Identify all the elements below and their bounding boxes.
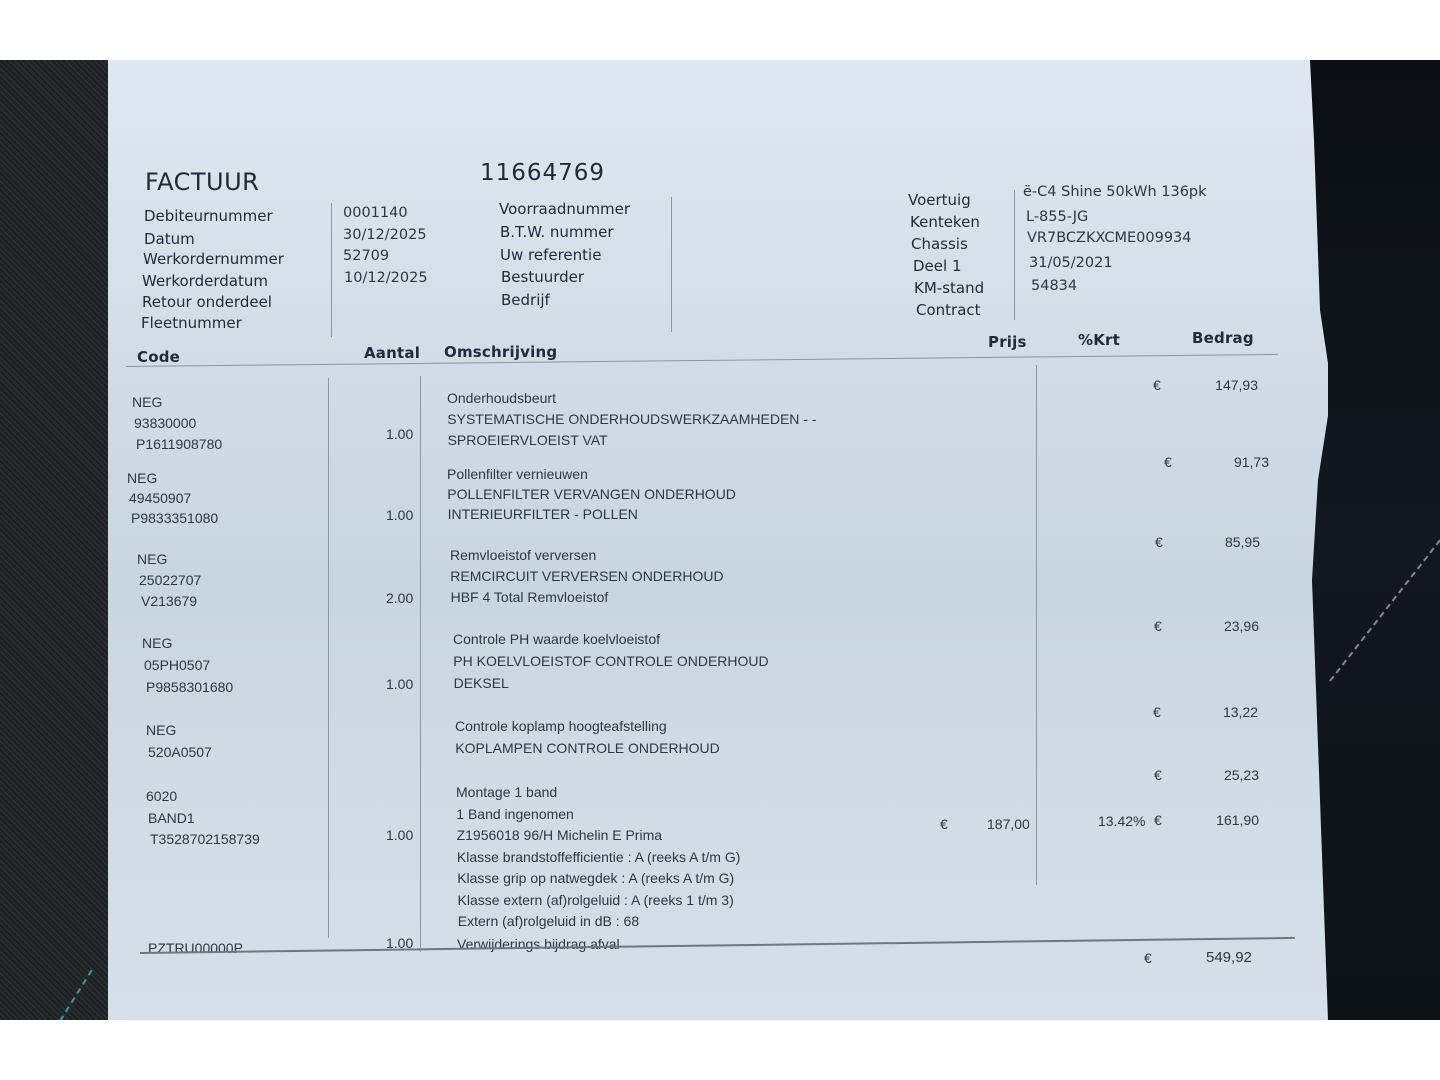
item-price: 187,00 bbox=[987, 816, 1030, 832]
item-code: 520A0507 bbox=[148, 744, 212, 760]
item-title: Onderhoudsbeurt bbox=[447, 390, 556, 406]
item-code: NEG bbox=[132, 394, 162, 410]
item-description-line: Klasse brandstoffefficientie : A (reeks … bbox=[457, 849, 741, 865]
label-retour-onderdeel: Retour onderdeel bbox=[142, 293, 272, 311]
header-omschrijving: Omschrijving bbox=[444, 343, 557, 361]
item-description-line: HBF 4 Total Remvloeistof bbox=[451, 589, 609, 605]
currency-symbol: € bbox=[1154, 767, 1162, 783]
label-fleetnummer: Fleetnummer bbox=[141, 314, 242, 332]
item-code: 49450907 bbox=[129, 490, 191, 506]
item-amount: 91,73 bbox=[1219, 454, 1269, 470]
value-datum: 30/12/2025 bbox=[343, 227, 427, 243]
item-code: 05PH0507 bbox=[144, 657, 210, 673]
total-currency: € bbox=[1144, 950, 1152, 966]
column-divider bbox=[328, 378, 329, 938]
invoice-title: FACTUUR bbox=[145, 168, 259, 196]
item-code: P9833351080 bbox=[131, 510, 218, 526]
header-prijs: Prijs bbox=[988, 333, 1027, 351]
item-amount: 25,23 bbox=[1209, 767, 1259, 783]
value-werkordernummer: 52709 bbox=[343, 248, 389, 264]
item-title: Controle PH waarde koelvloeistof bbox=[453, 631, 660, 647]
item-quantity: 1.00 bbox=[386, 507, 413, 523]
label-voertuig: Voertuig bbox=[908, 191, 971, 209]
item-code: NEG bbox=[137, 551, 167, 567]
item-title: Montage 1 band bbox=[456, 784, 557, 800]
item-amount: 85,95 bbox=[1210, 534, 1260, 550]
value-voertuig: ë-C4 Shine 50kWh 136pk bbox=[1023, 184, 1207, 200]
value-werkorderdatum: 10/12/2025 bbox=[344, 270, 428, 286]
item-description-line: SYSTEMATISCHE ONDERHOUDSWERKZAAMHEDEN - … bbox=[447, 411, 816, 427]
currency-symbol: € bbox=[1155, 534, 1163, 550]
divider bbox=[671, 197, 672, 332]
item-discount: 13.42% bbox=[1098, 813, 1145, 829]
column-divider bbox=[420, 376, 421, 952]
column-divider bbox=[1036, 365, 1037, 885]
item-description-line: 1 Band ingenomen bbox=[456, 806, 574, 822]
total-rule bbox=[140, 937, 1295, 954]
label-bedrijf: Bedrijf bbox=[501, 291, 550, 309]
value-km-stand: 54834 bbox=[1031, 278, 1077, 294]
item-description-line: Extern (af)rolgeluid in dB : 68 bbox=[458, 913, 639, 929]
item-description-line: KOPLAMPEN CONTROLE ONDERHOUD bbox=[455, 740, 719, 756]
value-debiteurnummer: 0001140 bbox=[343, 205, 408, 221]
item-description-line: POLLENFILTER VERVANGEN ONDERHOUD bbox=[447, 486, 736, 502]
item-title: Verwijderings bijdrag afval bbox=[457, 936, 620, 952]
label-uw-referentie: Uw referentie bbox=[500, 246, 601, 264]
item-description-line: SPROEIERVLOEIST VAT bbox=[448, 432, 608, 448]
currency-symbol: € bbox=[1153, 377, 1161, 393]
label-bestuurder: Bestuurder bbox=[501, 268, 584, 286]
currency-symbol: € bbox=[1153, 704, 1161, 720]
item-code: 93830000 bbox=[134, 415, 196, 431]
label-werkordernummer: Werkordernummer bbox=[143, 250, 284, 268]
label-deel-1: Deel 1 bbox=[913, 257, 962, 275]
item-code: NEG bbox=[142, 635, 172, 651]
item-description-line: Klasse extern (af)rolgeluid : A (reeks 1… bbox=[458, 892, 734, 908]
invoice-number: 11664769 bbox=[480, 160, 605, 186]
total-amount: 549,92 bbox=[1206, 949, 1252, 966]
value-kenteken: L-855-JG bbox=[1026, 209, 1088, 225]
currency-symbol: € bbox=[940, 816, 948, 832]
item-description-line: DEKSEL bbox=[454, 675, 509, 691]
divider bbox=[1014, 190, 1015, 320]
currency-symbol: € bbox=[1154, 618, 1162, 634]
label-voorraadnummer: Voorraadnummer bbox=[499, 200, 630, 218]
item-code: P9858301680 bbox=[146, 679, 233, 695]
currency-symbol: € bbox=[1154, 812, 1162, 828]
invoice-paper: FACTUUR 11664769 Debiteurnummer Datum We… bbox=[108, 60, 1328, 1020]
item-amount: 161,90 bbox=[1209, 812, 1259, 828]
item-code: P1611908780 bbox=[136, 436, 222, 452]
item-quantity: 1.00 bbox=[386, 827, 413, 843]
label-contract: Contract bbox=[916, 301, 981, 319]
item-code: V213679 bbox=[141, 593, 197, 609]
item-description-line: PH KOELVLOEISTOF CONTROLE ONDERHOUD bbox=[453, 653, 768, 669]
divider bbox=[331, 203, 332, 337]
item-description-line: INTERIEURFILTER - POLLEN bbox=[448, 506, 638, 522]
label-datum: Datum bbox=[144, 230, 195, 248]
item-title: Remvloeistof verversen bbox=[450, 547, 596, 563]
header-code: Code bbox=[137, 348, 180, 366]
item-code: NEG bbox=[146, 722, 176, 738]
item-code: NEG bbox=[127, 470, 157, 486]
item-amount: 147,93 bbox=[1208, 377, 1258, 393]
value-deel-1: 31/05/2021 bbox=[1029, 255, 1113, 271]
label-km-stand: KM-stand bbox=[914, 279, 984, 297]
item-description-line: REMCIRCUIT VERVERSEN ONDERHOUD bbox=[450, 568, 723, 584]
photo-background: FACTUUR 11664769 Debiteurnummer Datum We… bbox=[0, 60, 1440, 1020]
item-amount: 13,22 bbox=[1208, 704, 1258, 720]
header-bedrag: Bedrag bbox=[1192, 329, 1254, 347]
item-description-line: Klasse grip op natwegdek : A (reeks A t/… bbox=[457, 870, 734, 886]
header-aantal: Aantal bbox=[364, 344, 420, 362]
item-code: BAND1 bbox=[148, 810, 195, 826]
currency-symbol: € bbox=[1164, 454, 1172, 470]
item-title: Controle koplamp hoogteafstelling bbox=[455, 718, 667, 734]
item-quantity: 2.00 bbox=[386, 590, 413, 606]
item-description-line: Z1956018 96/H Michelin E Prima bbox=[457, 827, 662, 843]
item-title: Pollenfilter vernieuwen bbox=[447, 466, 588, 482]
item-code: 25022707 bbox=[139, 572, 201, 588]
item-quantity: 1.00 bbox=[386, 426, 413, 442]
item-code: 6020 bbox=[146, 788, 177, 804]
label-kenteken: Kenteken bbox=[910, 213, 980, 231]
label-chassis: Chassis bbox=[911, 235, 968, 253]
item-quantity: 1.00 bbox=[386, 676, 413, 692]
label-btw-nummer: B.T.W. nummer bbox=[500, 223, 614, 241]
header-rule bbox=[126, 354, 1278, 367]
item-code: T3528702158739 bbox=[150, 831, 260, 847]
label-debiteurnummer: Debiteurnummer bbox=[144, 207, 273, 225]
item-amount: 23,96 bbox=[1209, 618, 1259, 634]
header-korting: %Krt bbox=[1078, 331, 1120, 349]
value-chassis: VR7BCZKXCME009934 bbox=[1027, 230, 1192, 246]
label-werkorderdatum: Werkorderdatum bbox=[142, 272, 268, 290]
